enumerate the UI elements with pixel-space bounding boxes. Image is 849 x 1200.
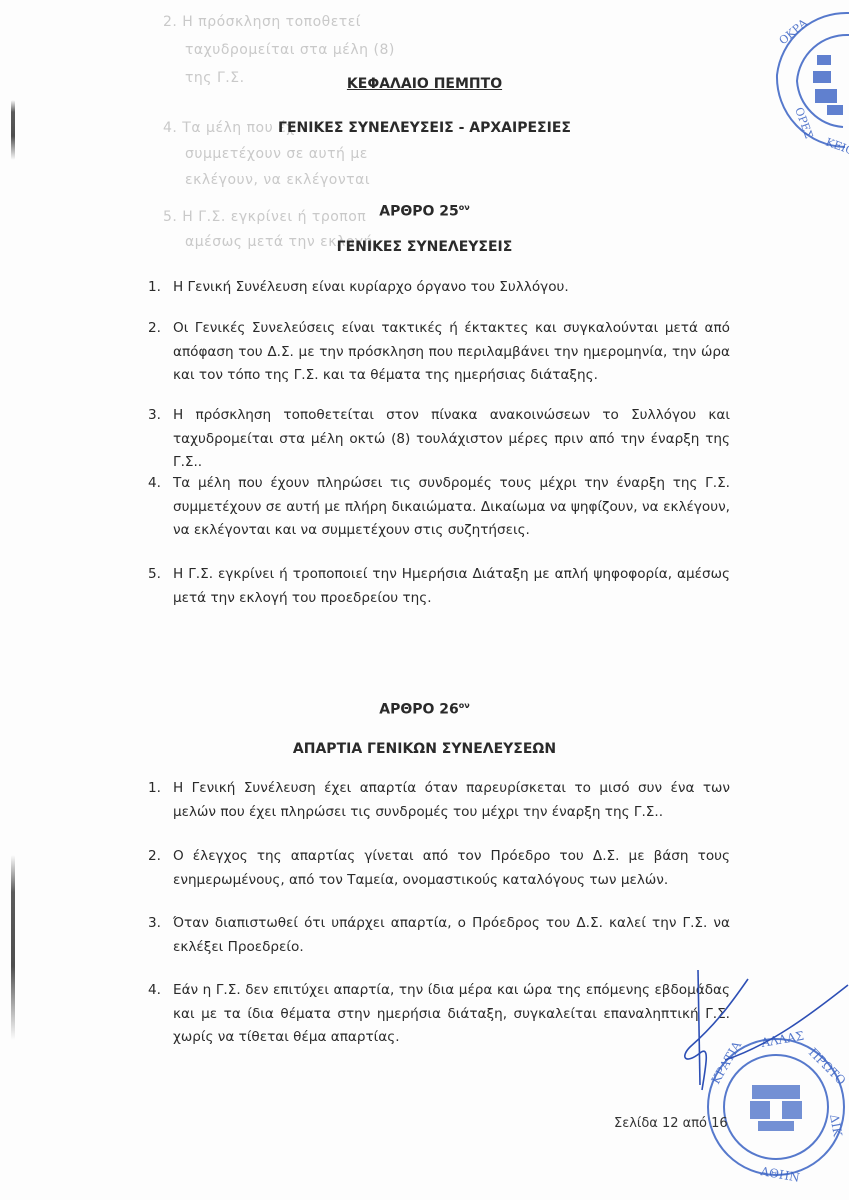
bleed-through-line: συμμετέχουν σε αυτή με [185,146,368,162]
item-number: 2. [148,845,170,869]
item-text: Όταν διαπιστωθεί ότι υπάρχει απαρτία, ο … [173,912,730,959]
item-text: Η Γ.Σ. εγκρίνει ή τροποποιεί την Ημερήσι… [173,563,730,610]
article-25-item-5: 5. Η Γ.Σ. εγκρίνει ή τροποποιεί την Ημερ… [148,563,730,610]
article-ordinal: ον [459,701,470,710]
item-text: Τα μέλη που έχουν πληρώσει τις συνδρομές… [173,472,730,543]
article-25-item-2: 2. Οι Γενικές Συνελεύσεις είναι τακτικές… [148,317,730,388]
chapter-subtitle: ΓΕΝΙΚΕΣ ΣΥΝΕΛΕΥΣΕΙΣ - ΑΡΧΑΙΡΕΣΙΕΣ [0,120,849,136]
article-25-item-1: 1. Η Γενική Συνέλευση είναι κυρίαρχο όργ… [148,276,730,300]
bleed-through-line: ταχυδρομείται στα μέλη (8) [185,42,395,58]
article-26-title: ΑΠΑΡΤΙΑ ΓΕΝΙΚΩΝ ΣΥΝΕΛΕΥΣΕΩΝ [0,741,849,757]
bleed-through-line: εκλέγουν, να εκλέγονται [185,172,370,188]
item-number: 1. [148,276,170,300]
article-25-item-3: 3. Η πρόσκληση τοποθετείται στον πίνακα … [148,404,730,475]
svg-text:ΟΡΕΣ: ΟΡΕΣ [792,106,815,141]
item-text: Εάν η Γ.Σ. δεν επιτύχει απαρτία, την ίδι… [173,979,730,1050]
article-26-item-3: 3. Όταν διαπιστωθεί ότι υπάρχει απαρτία,… [148,912,730,959]
article-26-item-4: 4. Εάν η Γ.Σ. δεν επιτύχει απαρτία, την … [148,979,730,1050]
item-number: 4. [148,979,170,1003]
item-number: 4. [148,472,170,496]
article-26-item-1: 1. Η Γενική Συνέλευση έχει απαρτία όταν … [148,777,730,824]
article-label: ΑΡΘΡΟ 25 [379,204,459,220]
svg-text:ΔΙΚ: ΔΙΚ [827,1113,845,1138]
item-number: 2. [148,317,170,341]
article-label: ΑΡΘΡΟ 26 [379,702,459,718]
article-26-item-2: 2. Ο έλεγχος της απαρτίας γίνεται από το… [148,845,730,892]
article-ordinal: ον [459,203,470,212]
scan-mark-bottom [11,855,15,1040]
article-26-label: ΑΡΘΡΟ 26ον [0,701,849,718]
svg-text:ΚΡΑΤΙΑ: ΚΡΑΤΙΑ [708,1038,744,1086]
page-number: Σελίδα 12 από 16 [614,1116,728,1131]
article-25-item-4: 4. Τα μέλη που έχουν πληρώσει τις συνδρο… [148,472,730,543]
svg-text:ΚΕΙΟ: ΚΕΙΟ [824,136,849,155]
bleed-through-line: 2. Η πρόσκληση τοποθετεί [163,14,361,30]
item-text: Η πρόσκληση τοποθετείται στον πίνακα ανα… [173,404,730,475]
document-page: 2. Η πρόσκληση τοποθετεί ταχυδρομείται σ… [0,0,849,1200]
svg-text:ΑΘΗΝ: ΑΘΗΝ [758,1164,800,1185]
item-number: 5. [148,563,170,587]
official-stamp-top-icon: ΟΚΡΑ ΟΡΕΣ ΚΕΙΟ [755,5,849,155]
article-25-title: ΓΕΝΙΚΕΣ ΣΥΝΕΛΕΥΣΕΙΣ [0,239,849,255]
svg-text:ΟΚΡΑ: ΟΚΡΑ [777,16,811,48]
item-text: Οι Γενικές Συνελεύσεις είναι τακτικές ή … [173,317,730,388]
item-text: Η Γενική Συνέλευση είναι κυρίαρχο όργανο… [173,276,730,300]
item-number: 3. [148,404,170,428]
svg-text:ΠΡΩΤΟ: ΠΡΩΤΟ [806,1045,849,1088]
item-number: 3. [148,912,170,936]
article-25-label: ΑΡΘΡΟ 25ον [0,203,849,220]
item-text: Η Γενική Συνέλευση έχει απαρτία όταν παρ… [173,777,730,824]
item-text: Ο έλεγχος της απαρτίας γίνεται από τον Π… [173,845,730,892]
item-number: 1. [148,777,170,801]
official-stamp-bottom-icon: ΚΡΑΤΙΑ ΑΛΛΑΣ ΠΡΩΤΟ ΔΙΚ ΑΘΗΝ [680,965,849,1200]
chapter-title: ΚΕΦΑΛΑΙΟ ΠΕΜΠΤΟ [0,76,849,92]
